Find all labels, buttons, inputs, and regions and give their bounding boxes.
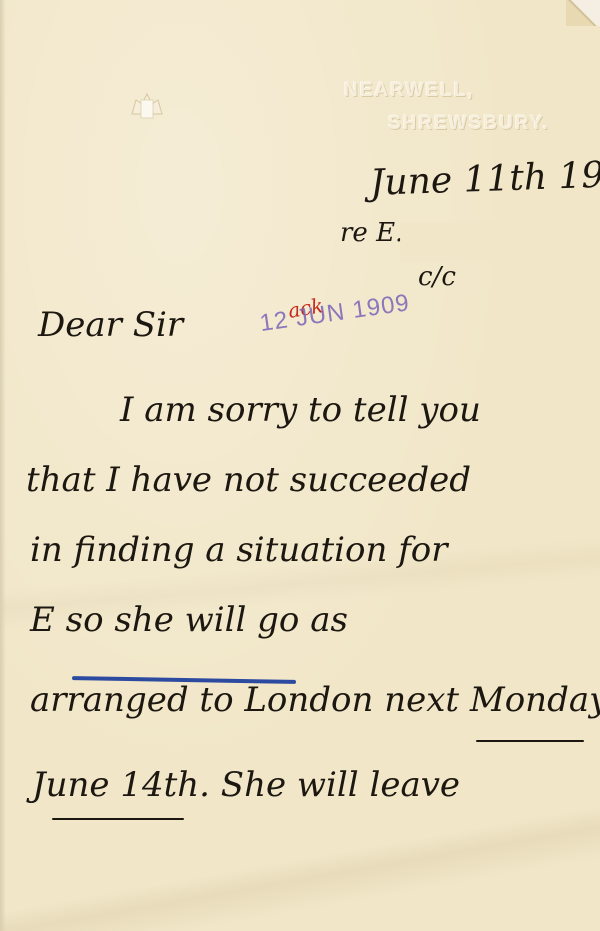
body-line-3: in finding a situation for [30, 530, 448, 570]
body-line-6: June 14th. She will leave [32, 765, 460, 805]
paper-left-edge [0, 0, 6, 931]
reference-line-1: re E. [340, 218, 403, 248]
salutation: Dear Sir [38, 305, 183, 345]
letter-date: June 11th 1909 [369, 153, 600, 204]
underline-june-14 [52, 818, 184, 820]
body-line-2: that I have not succeeded [26, 460, 471, 500]
letterhead-line-2: SHREWSBURY. [388, 113, 550, 135]
embossed-crest-icon [122, 86, 172, 126]
body-line-5: arranged to London next Monday [30, 680, 600, 720]
underline-monday [476, 740, 584, 742]
redacted-name [400, 222, 560, 262]
letterhead-line-1: NEARWELL, [344, 80, 475, 102]
reference-line-2: c/c [418, 262, 456, 292]
body-line-4: E so she will go as [30, 600, 348, 640]
body-line-1: I am sorry to tell you [120, 390, 481, 430]
folded-corner [566, 0, 600, 26]
